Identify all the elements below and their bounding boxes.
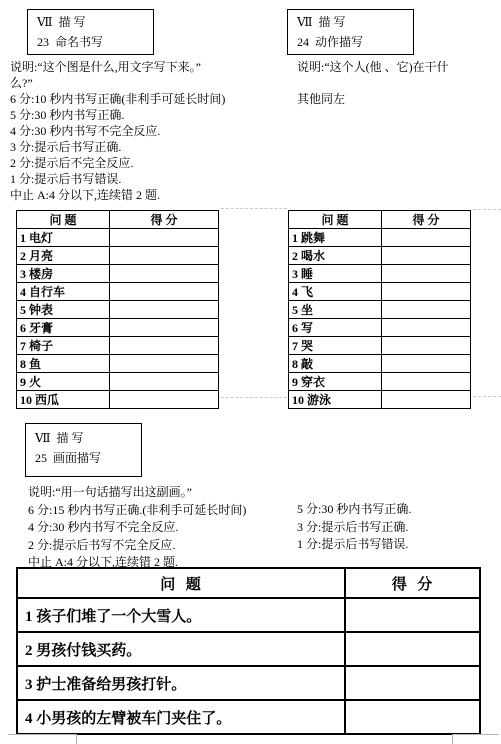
table-row: 5 坐: [289, 301, 471, 319]
next-page-table-edge: [8, 734, 77, 735]
question-cell: 3 楼房: [17, 265, 110, 283]
score-cell: [382, 265, 471, 283]
score-cell: [382, 355, 471, 373]
dashed-separator: [473, 396, 501, 397]
question-cell: 3 睡: [289, 265, 382, 283]
question-cell: 10 游泳: [289, 391, 382, 409]
dashed-separator: [221, 208, 287, 209]
table-row: 6 牙膏: [17, 319, 219, 337]
score-cell: [382, 283, 471, 301]
question-cell: 6 写: [289, 319, 382, 337]
score-cell: [382, 301, 471, 319]
table-row: 4 飞: [289, 283, 471, 301]
naming-writing-table: 问 题 得 分 1 电灯 2 月亮 3 楼房 4 自行车 5 钟表 6 牙膏 7…: [16, 210, 219, 409]
question-cell: 2 喝水: [289, 247, 382, 265]
score-cell: [382, 337, 471, 355]
question-column-header: 问 题: [289, 211, 382, 229]
question-cell: 4 飞: [289, 283, 382, 301]
instruction-line: 说明:“这个图是什么,用文字写下来。”: [10, 59, 225, 75]
question-cell: 5 钟表: [17, 301, 110, 319]
score-criteria-line: 4 分:30 秒内书写不完全反应.: [28, 519, 246, 537]
table-row: 5 钟表: [17, 301, 219, 319]
question-cell: 9 穿衣: [289, 373, 382, 391]
section-25-title: 25 画面描写: [35, 448, 141, 468]
section-25-header-box: Ⅶ 描 写 25 画面描写: [25, 423, 142, 477]
question-cell: 4 自行车: [17, 283, 110, 301]
section-23-category-label: Ⅶ 描 写: [37, 12, 153, 32]
question-cell: 2 男孩付钱买药。: [17, 632, 345, 666]
section-24-category-label: Ⅶ 描 写: [297, 12, 413, 32]
table-row: 10 游泳: [289, 391, 471, 409]
score-criteria-line: 4 分:30 秒内书写不完全反应.: [10, 123, 225, 139]
score-criteria-line: 2 分:提示后书写不完全反应.: [28, 537, 246, 555]
section-25-text-block-right: 5 分:30 秒内书写正确. 3 分:提示后书写正确. 1 分:提示后书写错误.: [297, 501, 411, 554]
score-criteria-line: 1 分:提示后书写错误.: [10, 171, 225, 187]
score-cell: [110, 247, 219, 265]
table-row: 8 敲: [289, 355, 471, 373]
score-cell: [110, 229, 219, 247]
next-page-table-edge: [452, 734, 453, 744]
question-cell: 4 小男孩的左臂被车门夹住了。: [17, 700, 345, 734]
same-as-left-note: 其他同左: [297, 91, 449, 107]
score-cell: [110, 283, 219, 301]
question-cell: 3 护士准备给男孩打针。: [17, 666, 345, 700]
table-row: 2 喝水: [289, 247, 471, 265]
table-header-row: 问 题 得 分: [17, 568, 480, 598]
next-page-table-edge: [76, 734, 77, 744]
score-cell: [345, 700, 480, 734]
question-cell: 7 椅子: [17, 337, 110, 355]
score-criteria-line: 1 分:提示后书写错误.: [297, 536, 411, 554]
score-criteria-line: 6 分:15 秒内书写正确.(非利手可延长时间): [28, 502, 246, 520]
table-row: 10 西瓜: [17, 391, 219, 409]
score-cell: [110, 319, 219, 337]
score-cell: [382, 373, 471, 391]
question-cell: 8 敲: [289, 355, 382, 373]
dashed-separator: [473, 209, 501, 210]
table-row: 3 护士准备给男孩打针。: [17, 666, 480, 700]
table-row: 1 跳舞: [289, 229, 471, 247]
table-row: 7 哭: [289, 337, 471, 355]
score-cell: [110, 301, 219, 319]
table-row: 9 火: [17, 373, 219, 391]
table-row: 3 楼房: [17, 265, 219, 283]
question-cell: 1 跳舞: [289, 229, 382, 247]
instruction-line: 说明:“用一句话描写出这副画。”: [28, 484, 246, 502]
section-23-text-block: 说明:“这个图是什么,用文字写下来。” 么?” 6 分:10 秒内书写正确(非利…: [10, 59, 225, 203]
writing-test-worksheet-page: Ⅶ 描 写 23 命名书写 Ⅶ 描 写 24 动作描写 说明:“这个图是什么,用…: [0, 0, 501, 744]
score-cell: [345, 666, 480, 700]
score-criteria-line: 3 分:提示后书写正确.: [297, 519, 411, 537]
score-cell: [382, 319, 471, 337]
question-cell: 8 鱼: [17, 355, 110, 373]
question-column-header: 问 题: [17, 211, 110, 229]
table-header-row: 问 题 得 分: [17, 211, 219, 229]
score-cell: [345, 632, 480, 666]
score-cell: [110, 355, 219, 373]
stop-rule-line: 中止 A:4 分以下,连续错 2 题.: [10, 187, 225, 203]
table-row: 1 孩子们堆了一个大雪人。: [17, 598, 480, 632]
score-criteria-line: 5 分:30 秒内书写正确.: [10, 107, 225, 123]
question-cell: 2 月亮: [17, 247, 110, 265]
score-criteria-line: 3 分:提示后书写正确.: [10, 139, 225, 155]
table-row: 7 椅子: [17, 337, 219, 355]
score-cell: [110, 265, 219, 283]
blank-line: [297, 75, 449, 91]
score-criteria-line: 2 分:提示后不完全反应.: [10, 155, 225, 171]
table-row: 9 穿衣: [289, 373, 471, 391]
score-criteria-line: 5 分:30 秒内书写正确.: [297, 501, 411, 519]
table-row: 2 月亮: [17, 247, 219, 265]
table-header-row: 问 题 得 分: [289, 211, 471, 229]
table-row: 3 睡: [289, 265, 471, 283]
section-24-title: 24 动作描写: [297, 32, 413, 52]
question-cell: 1 孩子们堆了一个大雪人。: [17, 598, 345, 632]
score-cell: [110, 337, 219, 355]
next-page-table-edge: [452, 734, 499, 735]
table-row: 2 男孩付钱买药。: [17, 632, 480, 666]
section-25-text-block-left: 说明:“用一句话描写出这副画。” 6 分:15 秒内书写正确.(非利手可延长时间…: [28, 484, 246, 572]
score-criteria-line: 6 分:10 秒内书写正确(非利手可延长时间): [10, 91, 225, 107]
score-cell: [110, 373, 219, 391]
table-row: 4 小男孩的左臂被车门夹住了。: [17, 700, 480, 734]
score-cell: [345, 598, 480, 632]
question-cell: 10 西瓜: [17, 391, 110, 409]
question-cell: 6 牙膏: [17, 319, 110, 337]
question-cell: 1 电灯: [17, 229, 110, 247]
score-cell: [110, 391, 219, 409]
section-25-category-label: Ⅶ 描 写: [35, 428, 141, 448]
question-cell: 5 坐: [289, 301, 382, 319]
section-23-title: 23 命名书写: [37, 32, 153, 52]
picture-description-table: 问 题 得 分 1 孩子们堆了一个大雪人。 2 男孩付钱买药。 3 护士准备给男…: [16, 567, 481, 735]
score-column-header: 得 分: [382, 211, 471, 229]
section-24-text-block: 说明:“这个人(他 、它)在干什 其他同左: [297, 59, 449, 107]
question-cell: 9 火: [17, 373, 110, 391]
instruction-line: 么?”: [10, 75, 225, 91]
section-23-header-box: Ⅶ 描 写 23 命名书写: [27, 9, 154, 55]
score-cell: [382, 229, 471, 247]
dashed-separator: [221, 397, 287, 398]
question-column-header: 问 题: [17, 568, 345, 598]
instruction-line: 说明:“这个人(他 、它)在干什: [297, 59, 449, 75]
score-cell: [382, 391, 471, 409]
table-row: 8 鱼: [17, 355, 219, 373]
table-row: 6 写: [289, 319, 471, 337]
table-row: 4 自行车: [17, 283, 219, 301]
score-column-header: 得 分: [345, 568, 480, 598]
table-row: 1 电灯: [17, 229, 219, 247]
score-cell: [382, 247, 471, 265]
action-writing-table: 问 题 得 分 1 跳舞 2 喝水 3 睡 4 飞 5 坐 6 写 7 哭 8 …: [288, 210, 471, 409]
question-cell: 7 哭: [289, 337, 382, 355]
section-24-header-box: Ⅶ 描 写 24 动作描写: [287, 9, 414, 55]
score-column-header: 得 分: [110, 211, 219, 229]
